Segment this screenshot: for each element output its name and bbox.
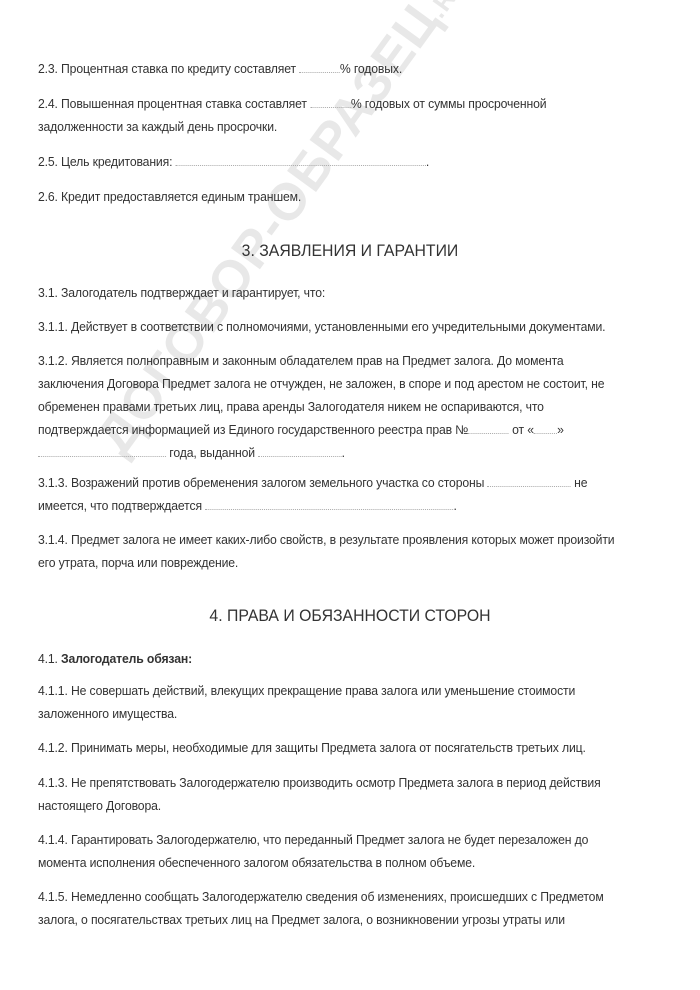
- clause-2-3: 2.3. Процентная ставка по кредиту состав…: [38, 58, 620, 81]
- confirmation-blank[interactable]: [205, 496, 453, 510]
- clause-3-1: 3.1. Залогодатель подтверждает и гаранти…: [38, 282, 620, 305]
- objecting-party-blank[interactable]: [487, 473, 570, 487]
- clause-2-6: 2.6. Кредит предоставляется единым транш…: [38, 186, 620, 209]
- section-3-heading: 3. ЗАЯВЛЕНИЯ И ГАРАНТИИ: [25, 241, 676, 261]
- interest-rate-blank[interactable]: [299, 59, 340, 73]
- penalty-rate-blank[interactable]: [310, 94, 351, 108]
- registry-day-blank[interactable]: [534, 420, 557, 434]
- credit-purpose-blank[interactable]: [176, 152, 426, 166]
- clause-4-1-5: 4.1.5. Немедленно сообщать Залогодержате…: [38, 886, 635, 932]
- clause-4-1-1: 4.1.1. Не совершать действий, влекущих п…: [38, 680, 620, 726]
- watermark-suffix: .RU: [422, 0, 474, 23]
- clause-4-1: 4.1. Залогодатель обязан:: [38, 648, 620, 671]
- registry-date-blank[interactable]: [38, 443, 166, 457]
- clause-4-1-3: 4.1.3. Не препятствовать Залогодержателю…: [38, 772, 630, 818]
- clause-4-1-4: 4.1.4. Гарантировать Залогодержателю, чт…: [38, 829, 615, 875]
- issued-by-blank[interactable]: [258, 443, 341, 457]
- clause-3-1-2: 3.1.2. Является полноправным и законным …: [38, 350, 625, 465]
- document-page: ДОГОВОР-ОБРАЗЕЦ.RU 2.3. Процентная ставк…: [0, 0, 700, 990]
- clause-2-4: 2.4. Повышенная процентная ставка состав…: [38, 93, 620, 139]
- section-4-heading: 4. ПРАВА И ОБЯЗАННОСТИ СТОРОН: [25, 606, 676, 626]
- clause-2-5: 2.5. Цель кредитования: .: [38, 151, 620, 174]
- clause-3-1-4: 3.1.4. Предмет залога не имеет каких-либ…: [38, 529, 625, 575]
- clause-4-1-2: 4.1.2. Принимать меры, необходимые для з…: [38, 737, 639, 760]
- clause-3-1-3: 3.1.3. Возражений против обременения зал…: [38, 472, 625, 518]
- registry-number-blank[interactable]: [468, 420, 509, 434]
- clause-3-1-1: 3.1.1. Действует в соответствии с полном…: [38, 316, 639, 339]
